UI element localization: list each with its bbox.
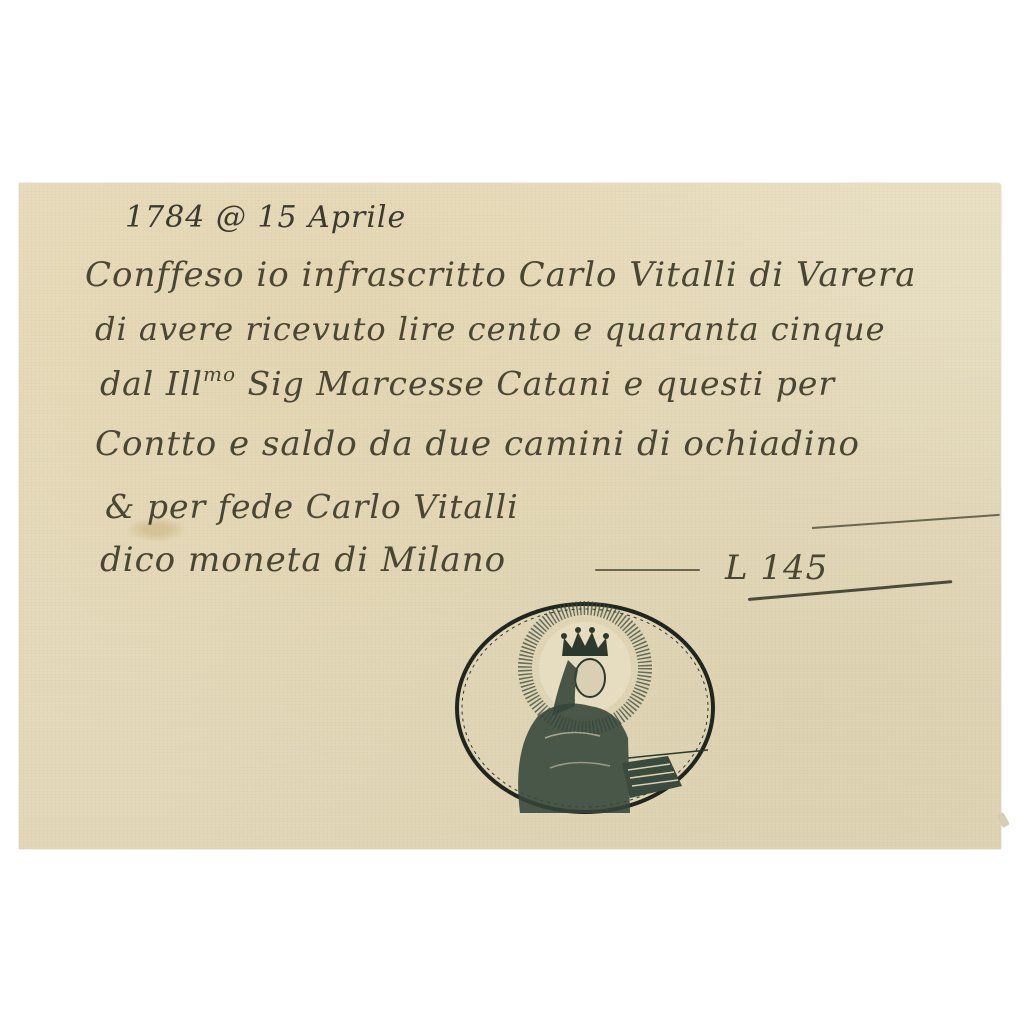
- superscript-mo: mo: [203, 362, 236, 386]
- date-line: 1784 @ 15 Aprile: [125, 200, 406, 235]
- paper-tear: [996, 812, 1010, 828]
- amount: L 145: [725, 548, 828, 588]
- text-line-2: di avere ricevuto lire cento e quaranta …: [95, 310, 886, 348]
- text-line-3b: Sig Marcesse Catani e questi per: [236, 364, 835, 403]
- text-line-1: Conffeso io infrascritto Carlo Vitalli d…: [85, 255, 917, 295]
- currency-dash: [595, 569, 700, 571]
- text-line-3: dal Illmo Sig Marcesse Catani e questi p…: [100, 362, 835, 403]
- signature-line: & per fede Carlo Vitalli: [105, 487, 519, 526]
- text-line-4: Contto e saldo da due camini di ochiadin…: [95, 424, 860, 464]
- currency-line: dico moneta di Milano: [100, 540, 506, 580]
- text-line-3a: dal Ill: [100, 364, 203, 403]
- crowned-saint-seal-icon: [450, 598, 720, 816]
